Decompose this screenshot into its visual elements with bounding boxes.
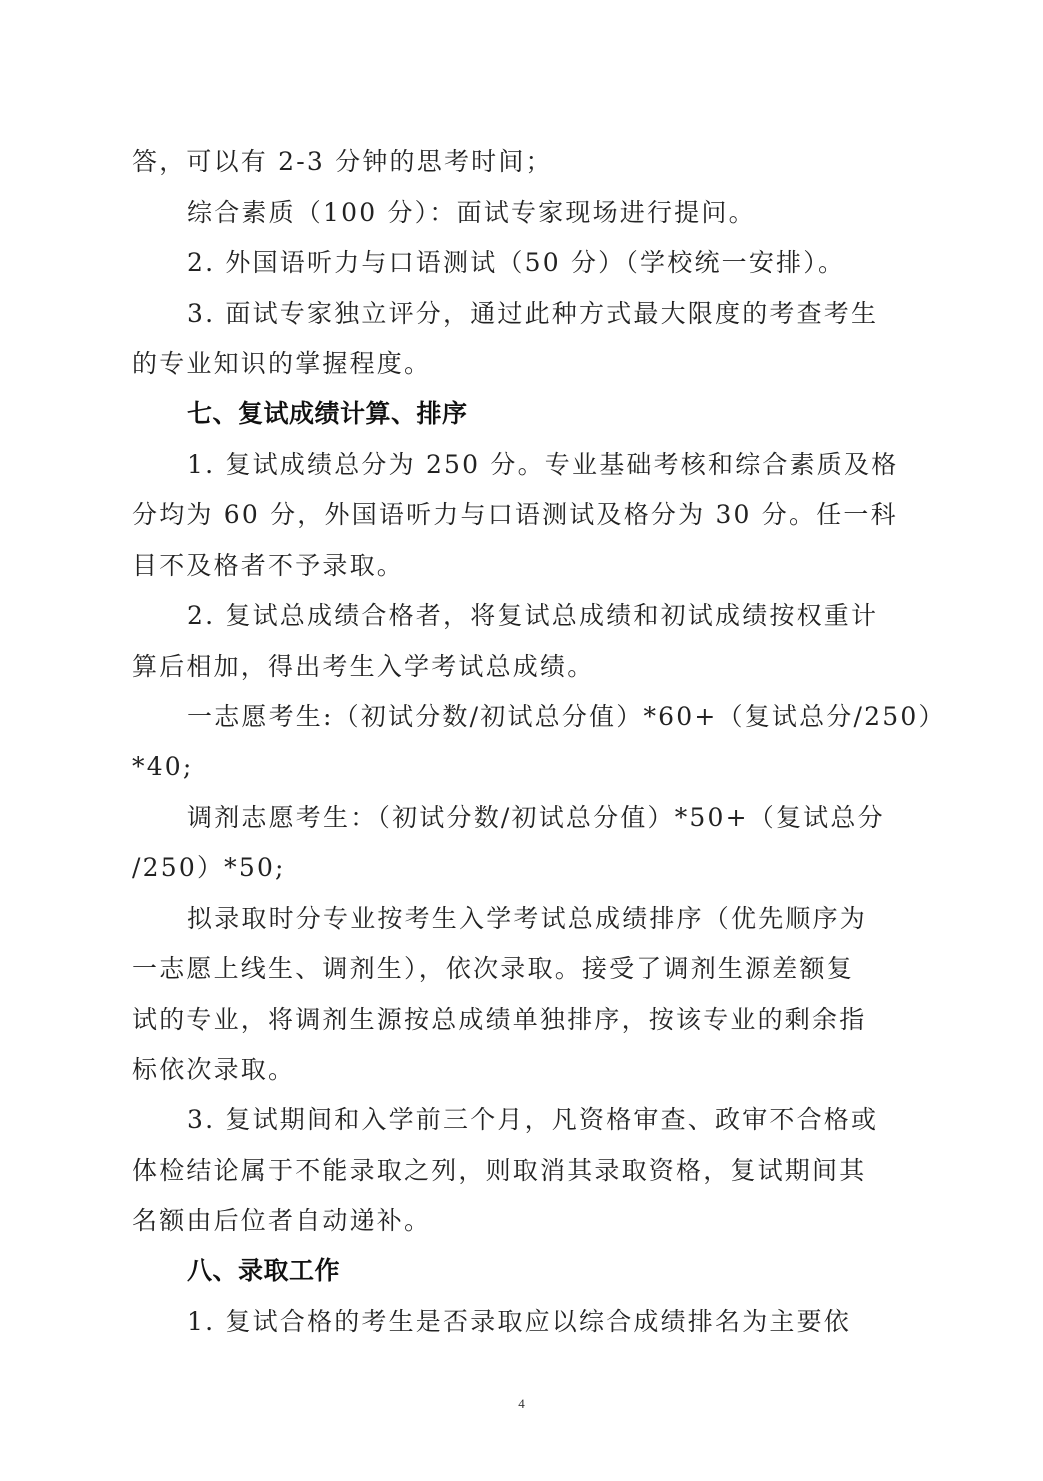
text-line: /250）*50; [132,851,914,885]
text-line: 目不及格者不予录取。 [132,549,914,583]
text-line: 2. 复试总成绩合格者，将复试总成绩和初试成绩按权重计 [187,599,914,633]
text-line: 一志愿考生:（初试分数/初试总分值）*60+（复试总分/250） [187,700,914,734]
section-heading: 七、复试成绩计算、排序 [187,397,914,431]
text-line: *40; [132,750,914,784]
document-page: 答，可以有 2-3 分钟的思考时间；综合素质（100 分）：面试专家现场进行提问… [0,0,1043,1481]
text-line: 3. 复试期间和入学前三个月，凡资格审查、政审不合格或 [187,1103,914,1137]
text-line: 综合素质（100 分）：面试专家现场进行提问。 [187,196,914,230]
text-line: 答，可以有 2-3 分钟的思考时间； [132,145,914,179]
text-line: 拟录取时分专业按考生入学考试总成绩排序（优先顺序为 [187,902,914,936]
text-line: 的专业知识的掌握程度。 [132,347,914,381]
text-line: 体检结论属于不能录取之列，则取消其录取资格，复试期间其 [132,1154,914,1188]
text-line: 分均为 60 分，外国语听力与口语测试及格分为 30 分。任一科 [132,498,914,532]
text-line: 试的专业，将调剂生源按总成绩单独排序，按该专业的剩余指 [132,1003,914,1037]
text-line: 1. 复试合格的考生是否录取应以综合成绩排名为主要依 [187,1305,914,1339]
section-heading: 八、录取工作 [187,1254,914,1288]
text-line: 1. 复试成绩总分为 250 分。专业基础考核和综合素质及格 [187,448,914,482]
text-line: 名额由后位者自动递补。 [132,1204,914,1238]
text-line: 2. 外国语听力与口语测试（50 分）（学校统一安排）。 [187,246,914,280]
page-number: 4 [0,1396,1043,1412]
text-line: 3. 面试专家独立评分，通过此种方式最大限度的考查考生 [187,297,914,331]
text-line: 调剂志愿考生：（初试分数/初试总分值）*50+（复试总分 [187,801,914,835]
text-line: 一志愿上线生、调剂生），依次录取。接受了调剂生源差额复 [132,952,914,986]
text-line: 标依次录取。 [132,1053,914,1087]
text-line: 算后相加，得出考生入学考试总成绩。 [132,650,914,684]
